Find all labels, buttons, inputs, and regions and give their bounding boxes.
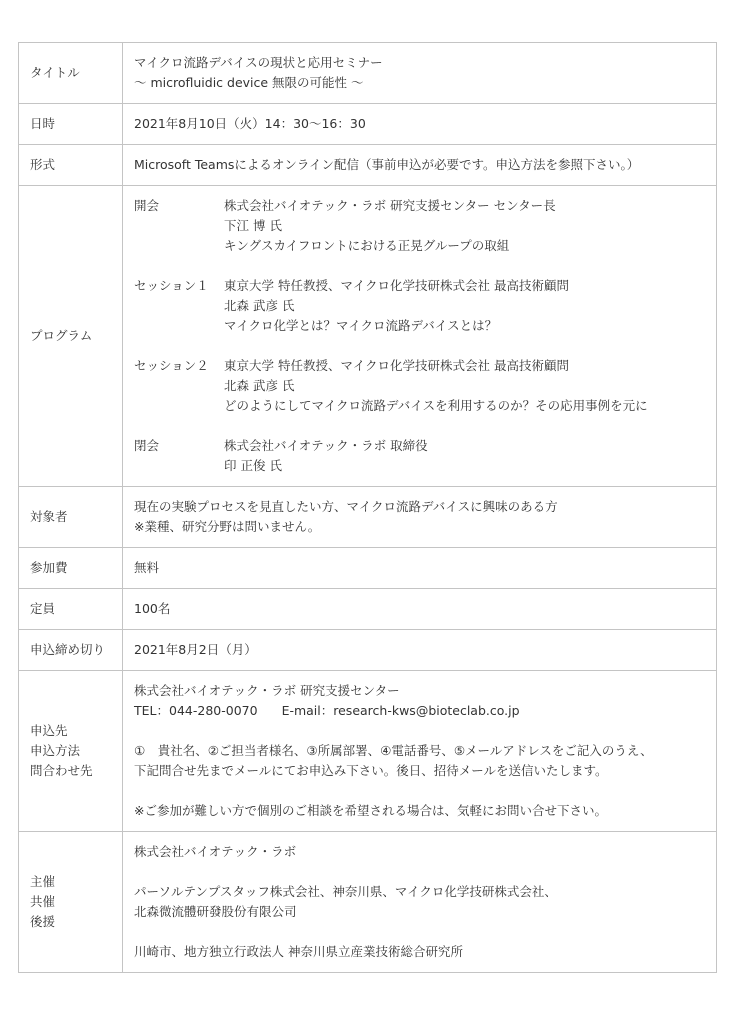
audience-text: 現在の実験プロセスを見直したい方、マイクロ流路デバイスに興味のある方 [134,497,716,517]
row-title: タイトル マイクロ流路デバイスの現状と応用セミナー ～ microfluidic… [19,43,717,104]
program-item-session1: 東京大学 特任教授、マイクロ化学技研株式会社 最高技術顧問 北森 武彦 氏 マイ… [224,276,716,356]
label-title: タイトル [19,43,123,104]
sponsor-cohost-line-1: パーソルテンプスタッフ株式会社、神奈川県、マイクロ化学技研株式会社、 [134,882,716,902]
label-datetime: 日時 [19,104,123,145]
opening-topic: キングスカイフロントにおける正晃グループの取組 [224,236,716,256]
program-key-session1: セッション１ [134,276,224,356]
label-contact: 問合わせ先 [30,761,122,781]
row-audience: 対象者 現在の実験プロセスを見直したい方、マイクロ流路デバイスに興味のある方 ※… [19,487,717,548]
label-deadline: 申込締め切り [19,630,123,671]
session1-speaker-org: 東京大学 特任教授、マイクロ化学技研株式会社 最高技術顧問 [224,276,716,296]
opening-speaker-org: 株式会社バイオテック・ラボ 研究支援センター センター長 [224,196,716,216]
row-datetime: 日時 2021年8月10日（火）14：30〜16：30 [19,104,717,145]
seminar-info-table: タイトル マイクロ流路デバイスの現状と応用セミナー ～ microfluidic… [18,42,717,973]
row-fee: 参加費 無料 [19,548,717,589]
row-deadline: 申込締め切り 2021年8月2日（月） [19,630,717,671]
label-cohost: 共催 [30,892,122,912]
session2-topic: どのようにしてマイクロ流路デバイスを利用するのか？その応用事例を元に [224,396,716,416]
value-program: 開会 株式会社バイオテック・ラボ 研究支援センター センター長 下江 博 氏 キ… [123,186,717,487]
value-audience: 現在の実験プロセスを見直したい方、マイクロ流路デバイスに興味のある方 ※業種、研… [123,487,717,548]
apply-email[interactable]: E-mail：research-kws@bioteclab.co.jp [282,703,520,718]
label-host: 主催 [30,872,122,892]
opening-speaker-name: 下江 博 氏 [224,216,716,236]
row-sponsors: 主催 共催 後援 株式会社バイオテック・ラボ パーソルテンプスタッフ株式会社、神… [19,832,717,973]
label-program: プログラム [19,186,123,487]
apply-contact-line: TEL：044-280-0070E-mail：research-kws@biot… [134,701,716,721]
label-apply-to: 申込先 [30,721,122,741]
audience-note: ※業種、研究分野は問いません。 [134,517,716,537]
label-apply: 申込先 申込方法 問合わせ先 [19,671,123,832]
closing-speaker-name: 印 正俊 氏 [224,456,716,476]
session1-topic: マイクロ化学とは？マイクロ流路デバイスとは？ [224,316,716,336]
session2-speaker-org: 東京大学 特任教授、マイクロ化学技研株式会社 最高技術顧問 [224,356,716,376]
program-key-closing: 閉会 [134,436,224,476]
row-program: プログラム 開会 株式会社バイオテック・ラボ 研究支援センター センター長 下江… [19,186,717,487]
row-capacity: 定員 100名 [19,589,717,630]
program-item-closing: 株式会社バイオテック・ラボ 取締役 印 正俊 氏 [224,436,716,476]
apply-method-line-2: 下記問合せ先までメールにてお申込み下さい。後日、招待メールを送信いたします。 [134,761,716,781]
value-title: マイクロ流路デバイスの現状と応用セミナー ～ microfluidic devi… [123,43,717,104]
row-apply: 申込先 申込方法 問合わせ先 株式会社バイオテック・ラボ 研究支援センター TE… [19,671,717,832]
apply-org: 株式会社バイオテック・ラボ 研究支援センター [134,681,716,701]
value-fee: 無料 [123,548,717,589]
sponsor-host: 株式会社バイオテック・ラボ [134,842,716,862]
label-support: 後援 [30,912,122,932]
program-item-session2: 東京大学 特任教授、マイクロ化学技研株式会社 最高技術顧問 北森 武彦 氏 どの… [224,356,716,436]
label-apply-method: 申込方法 [30,741,122,761]
label-fee: 参加費 [19,548,123,589]
program-key-session2: セッション２ [134,356,224,436]
label-format: 形式 [19,145,123,186]
value-format: Microsoft Teamsによるオンライン配信（事前申込が必要です。申込方法… [123,145,717,186]
apply-tel: TEL：044-280-0070 [134,703,258,718]
program-key-opening: 開会 [134,196,224,276]
row-format: 形式 Microsoft Teamsによるオンライン配信（事前申込が必要です。申… [19,145,717,186]
value-deadline: 2021年8月2日（月） [123,630,717,671]
session2-speaker-name: 北森 武彦 氏 [224,376,716,396]
apply-note: ※ご参加が難しい方で個別のご相談を希望される場合は、気軽にお問い合せ下さい。 [134,801,716,821]
session1-speaker-name: 北森 武彦 氏 [224,296,716,316]
seminar-subtitle: ～ microfluidic device 無限の可能性 ～ [134,73,716,93]
program-item-opening: 株式会社バイオテック・ラボ 研究支援センター センター長 下江 博 氏 キングス… [224,196,716,276]
apply-method-line-1: ① 貴社名、②ご担当者様名、③所属部署、④電話番号、⑤メールアドレスをご記入のう… [134,741,716,761]
program-list: 開会 株式会社バイオテック・ラボ 研究支援センター センター長 下江 博 氏 キ… [134,196,716,476]
sponsor-cohost-line-2: 北森微流體研發股份有限公司 [134,902,716,922]
value-sponsors: 株式会社バイオテック・ラボ パーソルテンプスタッフ株式会社、神奈川県、マイクロ化… [123,832,717,973]
sponsor-support: 川崎市、地方独立行政法人 神奈川県立産業技術総合研究所 [134,942,716,962]
value-apply: 株式会社バイオテック・ラボ 研究支援センター TEL：044-280-0070E… [123,671,717,832]
label-audience: 対象者 [19,487,123,548]
value-datetime: 2021年8月10日（火）14：30〜16：30 [123,104,717,145]
value-capacity: 100名 [123,589,717,630]
label-sponsors: 主催 共催 後援 [19,832,123,973]
closing-speaker-org: 株式会社バイオテック・ラボ 取締役 [224,436,716,456]
seminar-title: マイクロ流路デバイスの現状と応用セミナー [134,53,716,73]
label-capacity: 定員 [19,589,123,630]
